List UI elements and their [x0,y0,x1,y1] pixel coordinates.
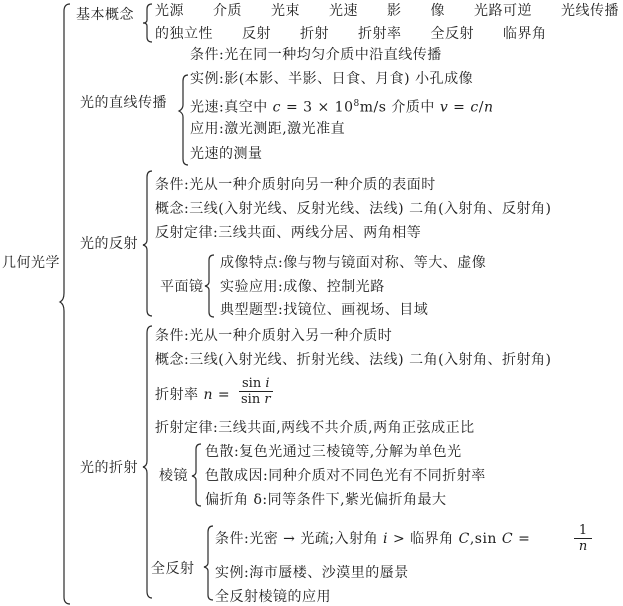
root-brace [60,3,72,605]
critical-numerator: 1 [574,523,592,539]
total-item-prism: 全反射棱镜的应用 [215,589,331,605]
root-label: 几何光学 [2,255,60,271]
refraction-index-fraction: sin i sin r [239,376,273,407]
index-numerator: sin i [239,376,273,392]
mirror-brace [205,254,215,320]
refraction-item-concept: 概念:三线(入射光线、折射光线、法线) 二角(入射角、折射角) [155,352,552,368]
refraction-index-label: 折射率 n = [155,387,230,403]
refraction-label: 光的折射 [80,460,138,476]
straight-item-application: 应用:激光测距,激光准直 [190,121,345,137]
straight-label: 光的直线传播 [80,95,167,111]
straight-item-speed: 光速:真空中 c = 3 × 108m/s 介质中 v = c/n [190,96,493,116]
basic-line-1: 光源 介质 光束 光速 影 像 光路可逆 光线传播 [155,3,619,19]
basic-line-2: 的独立性 反射 折射 折射率 全反射 临界角 [155,26,547,42]
reflection-item-concept: 概念:三线(入射光线、反射光线、法线) 二角(入射角、反射角) [155,201,552,217]
total-brace [204,525,214,603]
prism-item-deviation: 偏折角 δ:同等条件下,紫光偏折角最大 [205,492,447,508]
straight-brace [179,55,189,167]
mirror-item-problems: 典型题型:找镜位、画视场、目域 [220,302,428,318]
straight-item-measurement: 光速的测量 [190,146,263,162]
reflection-brace [143,170,153,318]
mirror-item-imaging: 成像特点:像与物与镜面对称、等大、虚像 [220,255,486,271]
straight-item-condition: 条件:光在同一种均匀介质中沿直线传播 [190,47,442,63]
total-item-example: 实例:海市蜃楼、沙漠里的蜃景 [215,565,409,581]
prism-brace [192,443,202,509]
straight-item-example: 实例:影(本影、半影、日食、月食) 小孔成像 [190,71,473,87]
critical-fraction: 1 n [574,523,592,554]
reflection-label: 光的反射 [80,236,138,252]
prism-label: 棱镜 [159,468,188,484]
mirror-item-application: 实验应用:成像、控制光路 [220,279,385,295]
refraction-item-law: 折射定律:三线共面,两线不共介质,两角正弦成正比 [155,420,475,436]
mirror-label: 平面镜 [160,279,204,295]
index-denominator: sin r [239,392,273,407]
reflection-item-condition: 条件:光从一种介质射向另一种介质的表面时 [155,177,436,193]
total-label: 全反射 [151,561,195,577]
basic-brace [143,3,153,43]
reflection-item-law: 反射定律:三线共面、两线分居、两角相等 [155,225,421,241]
total-item-condition: 条件:光密 → 光疏;入射角 i > 临界角 C,sin C = [215,531,530,547]
refraction-item-condition: 条件:光从一种介质射入另一种介质时 [155,328,392,344]
prism-item-dispersion: 色散:复色光通过三棱镜等,分解为单色光 [205,444,462,460]
prism-item-cause: 色散成因:同种介质对不同色光有不同折射率 [205,468,486,484]
critical-denominator: n [574,539,592,554]
refraction-brace [143,325,153,601]
basic-label: 基本概念 [76,7,134,23]
